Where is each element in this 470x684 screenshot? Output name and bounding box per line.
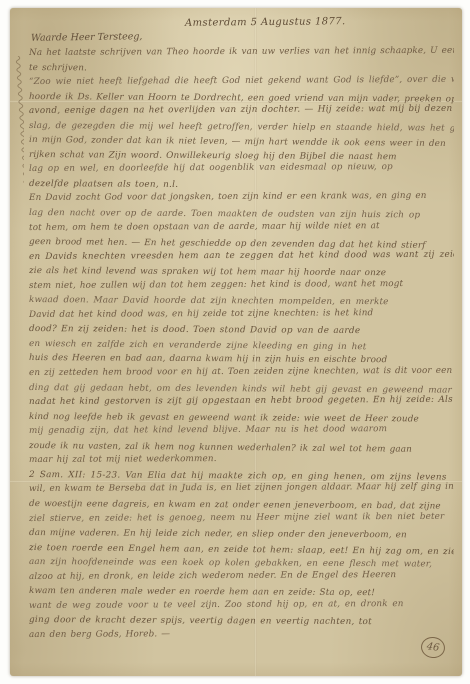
letter-line: want de weg zoude voor u te veel zijn. Z… (29, 597, 454, 614)
letter-line: mij genadig zijn, dat het kind levend bl… (29, 422, 454, 439)
letter-line: aan den berg Gods, Horeb. — (29, 626, 454, 643)
scanned-letter-screenshot: { "letter": { "date_line": "Amsterdam 5 … (0, 0, 470, 684)
letter-line: tot hem, om hem te doen opstaan van de a… (29, 218, 454, 235)
letter-body: Na het laatste schrijven van Theo hoorde… (29, 46, 454, 652)
letter-line: dan mijne vaderen. En hij leide zich ned… (29, 526, 454, 543)
letter-line: avond, eenige dagen na het overlijden va… (29, 102, 454, 119)
letter-line: nadat het kind gestorven is zijt gij opg… (29, 393, 454, 410)
letter-page: Amsterdam 5 Augustus 1877. Waarde Heer T… (10, 8, 462, 676)
letter-line: David dat het kind dood was, en hij zeid… (29, 306, 454, 323)
letter-line: en Davids knechten vreesden hem aan te z… (29, 247, 454, 264)
letter-line: “Zoo wie niet heeft liefgehad die heeft … (29, 73, 454, 90)
letter-line: wil, en kwam te Berseba dat in Juda is, … (29, 480, 454, 497)
letter-line: maar hij zal tot mij niet wederkommen. (29, 451, 454, 468)
letter-line: Na het laatste schrijven van Theo hoorde… (29, 46, 454, 61)
salutation: Waarde Heer Tersteeg, (31, 31, 143, 44)
letter-line: en zij zetteden hem brood voor en hij at… (29, 364, 454, 381)
letter-line: alzoo at hij, en dronk, en leide zich we… (29, 567, 454, 584)
date-line: Amsterdam 5 Augustus 1877. (185, 16, 346, 29)
letter-line: lag op en wel, en doorleefde hij dat oog… (29, 160, 454, 177)
letter-line: stem niet, hoe zullen wij dan tot hem ze… (29, 277, 454, 294)
letter-line: En David zocht God voor dat jongsken, to… (29, 189, 454, 206)
letter-line: ziel stierve, en zeide: het is genoeg, n… (29, 509, 454, 526)
page-number: 46 (426, 641, 440, 654)
margin-note-vertical (12, 56, 24, 346)
